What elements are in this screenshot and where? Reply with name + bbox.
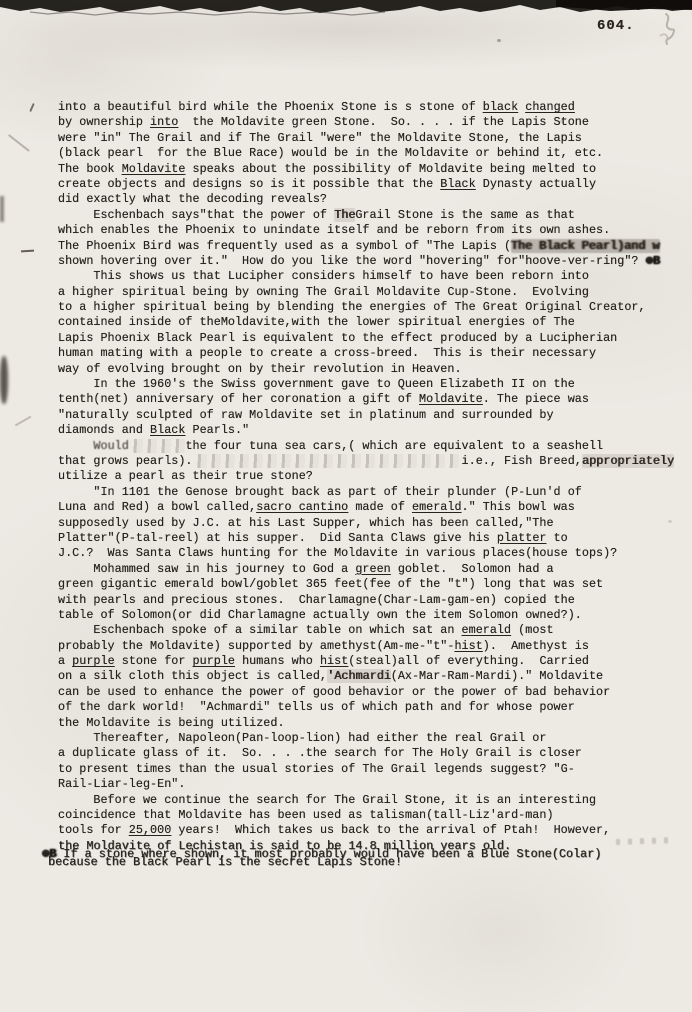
page-number: 604. [597, 18, 635, 34]
text-line: which enables the Phoenix to unindate it… [58, 223, 692, 238]
text-line: human mating with a people to create a c… [58, 346, 692, 361]
paragraph: This shows us that Lucipher considers hi… [58, 269, 692, 377]
text-line: with pearls and precious stones. Charlam… [58, 593, 692, 608]
paragraph: Would the four tuna sea cars,( which are… [58, 439, 692, 485]
text-run: (Ax-Mar-Ram-Mardi)." Moldavite [391, 669, 603, 683]
text-run: platter [497, 531, 547, 545]
paragraph: into a beautiful bird while the Phoenix … [58, 100, 692, 208]
text-run: sacro cantino [256, 500, 348, 514]
text-run: contained inside of theMoldavite,with th… [58, 315, 575, 329]
text-line: by ownership into the Moldavite green St… [58, 115, 692, 130]
text-run: on a silk cloth this object is called, [58, 669, 327, 683]
text-line: Would the four tuna sea cars,( which are… [58, 439, 692, 454]
text-line: were "in" The Grail and if The Grail "we… [58, 131, 692, 146]
margin-scratch [8, 134, 29, 151]
text-run: because the Black Pearl is the secret La… [48, 855, 402, 869]
text-line: of the dark world! "Achmardi" tells us o… [58, 700, 692, 715]
text-line: Mohammed saw in his journey to God a gre… [58, 562, 692, 577]
insertion-mark: ⊕B [646, 254, 660, 268]
text-run: humans who [235, 654, 320, 668]
text-run: 'Achmardi [327, 669, 391, 683]
erasure-smudge [193, 454, 462, 468]
text-run: goblet. Solomon had a [391, 562, 554, 576]
text-line: Luna and Red) a bowl called,sacro cantin… [58, 500, 692, 515]
text-line: tenth(net) anniversary of her coronation… [58, 392, 692, 407]
text-line: did exactly what the decoding reveals? [58, 192, 692, 207]
text-run: Would [93, 439, 128, 453]
text-line: In the 1960's the Swiss government gave … [58, 377, 692, 392]
text-line: (black pearl for the Blue Race) would be… [58, 146, 692, 161]
text-run: Black [440, 177, 475, 191]
text-run: tools for [58, 823, 129, 837]
text-run: table of Solomon(or did Charlamagne actu… [58, 608, 582, 622]
text-run: tenth(net) anniversary of her coronation… [58, 392, 419, 406]
text-line: contained inside of theMoldavite,with th… [58, 315, 692, 330]
text-line: Eschenbach says"that the power of TheGra… [58, 208, 692, 223]
text-run: way of evolving brought on by their revo… [58, 362, 462, 376]
text-run: Dynasty actually [476, 177, 596, 191]
text-run: by ownership [58, 115, 150, 129]
text-run: Black [150, 423, 185, 437]
text-line: shown hovering over it." How do you like… [58, 254, 692, 269]
text-run: This shows us that Lucipher considers hi… [58, 269, 589, 283]
page-root: { "page": { "number": "604.", "paper_col… [0, 0, 692, 1012]
text-run: the Moldavite green Stone. So. . . . if … [178, 115, 589, 129]
text-line: a purple stone for purple humans who his… [58, 654, 692, 669]
scan-edge-blob [0, 356, 8, 404]
text-run: Thereafter, Napoleon(Pan-loop-lion) had … [58, 731, 546, 745]
text-line: Eschenbach spoke of a similar table on w… [58, 623, 692, 638]
text-line: on a silk cloth this object is called,'A… [58, 669, 692, 684]
text-run: hist [454, 639, 482, 653]
paragraph: Thereafter, Napoleon(Pan-loop-lion) had … [58, 731, 692, 793]
text-line: table of Solomon(or did Charlamagne actu… [58, 608, 692, 623]
text-line: a duplicate glass of it. So. . . .the se… [58, 746, 692, 761]
text-run: In the 1960's the Swiss government gave … [58, 377, 575, 391]
text-run: (black pearl for the Blue Race) would be… [58, 146, 603, 160]
text-run: emerald [412, 500, 462, 514]
text-line: way of evolving brought on by their revo… [58, 362, 692, 377]
text-line: create objects and designs so is it poss… [58, 177, 692, 192]
text-run: shown hovering over it." How do you like… [58, 254, 646, 268]
erasure-smudge [129, 439, 186, 453]
text-line: utilize a pearl as their true stone? [58, 469, 692, 484]
text-line: This shows us that Lucipher considers hi… [58, 269, 692, 284]
text-run: into a beautiful bird while the Phoenix … [58, 100, 483, 114]
text-run: of the dark world! "Achmardi" tells us o… [58, 700, 575, 714]
text-run: Platter"(P-tal-reel) at his supper. Did … [58, 531, 497, 545]
text-run: stone for [115, 654, 193, 668]
text-run: probably the Moldavite) supported by ame… [58, 639, 454, 653]
text-run: purple [193, 654, 235, 668]
text-run: Moldavite [122, 162, 186, 176]
paragraph: Eschenbach spoke of a similar table on w… [58, 623, 692, 731]
text-run: The book [58, 162, 122, 176]
text-run: a higher spiritual being by owning The G… [58, 285, 589, 299]
margin-scratch [15, 416, 31, 426]
text-run: i.e., Fish Breed, [462, 454, 582, 468]
text-line: The book Moldavite speaks about the poss… [58, 162, 692, 177]
text-run: create objects and designs so is it poss… [58, 177, 440, 191]
margin-dash-mark [21, 250, 34, 253]
paragraph: In the 1960's the Swiss government gave … [58, 377, 692, 439]
text-run: with pearls and precious stones. Charlam… [58, 593, 575, 607]
text-run: Rail-Liar-leg-En". [58, 777, 185, 791]
text-line: supposedly used by J.C. at his Last Supp… [58, 516, 692, 531]
text-line: Rail-Liar-leg-En". [58, 777, 692, 792]
text-run: a [58, 654, 72, 668]
text-run: to present times than the usual stories … [58, 762, 575, 776]
scan-edge-blob [0, 196, 4, 222]
text-run: ). Amethyst is [483, 639, 589, 653]
text-run: The Black Pearl)and w [511, 239, 660, 253]
text-run: J.C.? Was Santa Claws hunting for the Mo… [58, 546, 617, 560]
text-line: the Moldavite is being utilized. [58, 716, 692, 731]
text-line: can be used to enhance the power of good… [58, 685, 692, 700]
text-run: the four tuna sea cars,( which are equiv… [185, 439, 603, 453]
text-line: tools for 25,000 years! Which takes us b… [58, 823, 692, 838]
paragraph: Before we continue the search for The Gr… [58, 793, 692, 871]
text-line: diamonds and Black Pearls." [58, 423, 692, 438]
text-run: 25,000 [129, 823, 171, 837]
pencil-scribble [646, 10, 684, 55]
text-line: "In 1101 the Genose brought back as part… [58, 485, 692, 500]
text-line: probably the Moldavite) supported by ame… [58, 639, 692, 654]
paragraph: Eschenbach says"that the power of TheGra… [58, 208, 692, 270]
text-run: green gigantic emerald bowl/goblet 365 f… [58, 577, 603, 591]
text-run: appropriately [582, 454, 674, 468]
text-line: "naturally sculpted of raw Moldavite set… [58, 408, 692, 423]
torn-page-edge [0, 0, 692, 18]
text-run: Pearls." [185, 423, 249, 437]
text-run: (steal)all of everything. Carried [348, 654, 589, 668]
text-run: years! Which takes us back to the arriva… [171, 823, 610, 837]
paragraph: Mohammed saw in his journey to God a gre… [58, 562, 692, 624]
paper-speck [497, 39, 501, 42]
text-run: into [150, 115, 178, 129]
text-line: to a higher spiritual being by blending … [58, 300, 692, 315]
text-run: The [334, 208, 355, 222]
text-run: the Moldavite is being utilized. [58, 716, 285, 730]
text-line: Before we continue the search for The Gr… [58, 793, 692, 808]
text-line: J.C.? Was Santa Claws hunting for the Mo… [58, 546, 692, 561]
text-run: ." This bowl was [462, 500, 575, 514]
text-line: coincidence that Moldavite has been used… [58, 808, 692, 823]
text-run: which enables the Phoenix to unindate it… [58, 223, 610, 237]
text-line: into a beautiful bird while the Phoenix … [58, 100, 692, 115]
text-run: Grail Stone is the same as that [355, 208, 574, 222]
text-run: a duplicate glass of it. So. . . .the se… [58, 746, 582, 760]
text-run: Moldavite [419, 392, 483, 406]
text-run: utilize a pearl as their true stone? [58, 469, 313, 483]
paragraph: "In 1101 the Genose brought back as part… [58, 485, 692, 562]
text-run: supposedly used by J.C. at his Last Supp… [58, 516, 554, 530]
text-run: made of [348, 500, 412, 514]
text-run: that grows pearls). [58, 454, 193, 468]
text-run: . The piece was [483, 392, 589, 406]
text-run: Eschenbach says"that the power of [58, 208, 334, 222]
text-body: into a beautiful bird while the Phoenix … [58, 100, 692, 871]
text-run: Mohammed saw in his journey to God a [58, 562, 355, 576]
insertion-mark: ⊕B [42, 847, 56, 861]
text-run: emerald [462, 623, 512, 637]
text-run: "naturally sculpted of raw Moldavite set… [58, 408, 554, 422]
text-run: Lapis Phoenix Black Pearl is equivalent … [58, 331, 617, 345]
text-run: "In 1101 the Genose brought back as part… [58, 485, 582, 499]
text-run: to [546, 531, 567, 545]
text-line: The Phoenix Bird was frequently used as … [58, 239, 692, 254]
text-line: to present times than the usual stories … [58, 762, 692, 777]
text-run: green [355, 562, 390, 576]
text-line: Platter"(P-tal-reel) at his supper. Did … [58, 531, 692, 546]
text-run: black [483, 100, 518, 114]
torn-edge-shape [0, 0, 692, 18]
text-run: hist [320, 654, 348, 668]
text-run: coincidence that Moldavite has been used… [58, 808, 554, 822]
text-run: speaks about the possibility of Moldavit… [185, 162, 596, 176]
text-run: human mating with a people to create a c… [58, 346, 596, 360]
text-line: Lapis Phoenix Black Pearl is equivalent … [58, 331, 692, 346]
text-run: (most [511, 623, 553, 637]
text-line: Thereafter, Napoleon(Pan-loop-lion) had … [58, 731, 692, 746]
margin-tick-mark [29, 103, 34, 112]
text-run: Luna and Red) a bowl called, [58, 500, 256, 514]
text-line: green gigantic emerald bowl/goblet 365 f… [58, 577, 692, 592]
text-line: that grows pearls). i.e., Fish Breed,app… [58, 454, 692, 469]
text-run: Eschenbach spoke of a similar table on w… [58, 623, 462, 637]
text-line: a higher spiritual being by owning The G… [58, 285, 692, 300]
text-run: to a higher spiritual being by blending … [58, 300, 646, 314]
text-run: can be used to enhance the power of good… [58, 685, 610, 699]
text-run: The Phoenix Bird was frequently used as … [58, 239, 511, 253]
text-run [58, 439, 93, 453]
text-run: changed [525, 100, 575, 114]
text-run: were "in" The Grail and if The Grail "we… [58, 131, 582, 145]
text-run: diamonds and [58, 423, 150, 437]
text-run: did exactly what the decoding reveals? [58, 192, 327, 206]
text-run: purple [72, 654, 114, 668]
text-run: Before we continue the search for The Gr… [58, 793, 596, 807]
